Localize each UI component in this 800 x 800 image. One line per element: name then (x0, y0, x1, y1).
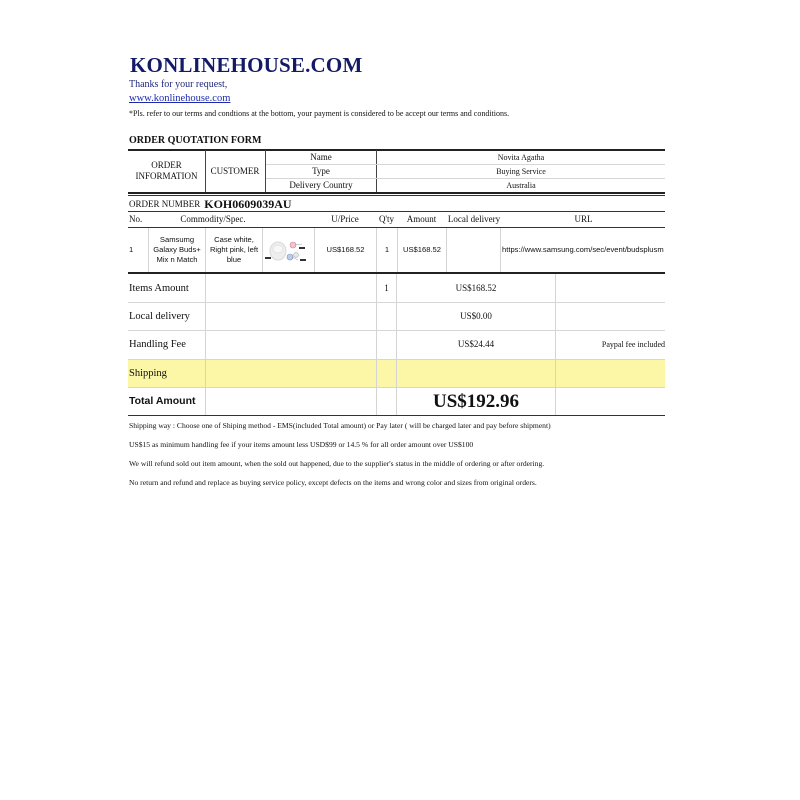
local-delivery-value: US$0.00 (397, 302, 555, 330)
total-amount-label: Total Amount (129, 387, 205, 415)
terms-line: No return and refund and replace as buyi… (129, 478, 537, 487)
local-delivery-label: Local delivery (129, 302, 205, 330)
terms-line: Shipping way : Choose one of Shiping met… (129, 421, 551, 430)
name-label: Name (266, 150, 376, 164)
delivery-country-value: Australia (377, 178, 665, 192)
order-information-label: ORDER INFORMATION (128, 151, 205, 191)
items-amount-value: US$168.52 (397, 274, 555, 302)
item-url-link[interactable]: https://www.samsung.com/sec/event/budspl… (502, 228, 665, 272)
items-amount-qty: 1 (377, 274, 396, 302)
name-value: Novita Agatha (377, 150, 665, 164)
divider (205, 274, 206, 415)
divider (128, 415, 665, 416)
customer-label: CUSTOMER (205, 151, 265, 191)
col-local-delivery: Local delivery (446, 212, 502, 227)
col-qty: Q'ty (376, 212, 397, 227)
handling-fee-note: Paypal fee included (556, 330, 665, 359)
item-amount: US$168.52 (398, 228, 446, 272)
items-amount-label: Items Amount (129, 274, 205, 302)
terms-line: US$15 as minimum handling fee if your it… (129, 440, 473, 449)
earbuds-product-thumbnail-icon (262, 233, 312, 267)
handling-fee-label: Handling Fee (129, 330, 205, 359)
item-qty: 1 (377, 228, 397, 272)
order-number-value: KOH0609039AU (204, 197, 291, 212)
col-no: No. (129, 212, 149, 227)
total-amount-value: US$192.96 (397, 387, 555, 415)
col-url: URL (502, 212, 665, 227)
handling-fee-value: US$24.44 (397, 330, 555, 359)
item-spec: Case white, Right pink, left blue (206, 228, 262, 272)
item-commodity: Samsumg Galaxy Buds+ Mix n Match (149, 228, 205, 272)
terms-line: We will refund sold out item amount, whe… (129, 459, 544, 468)
thanks-text: Thanks for your request, (129, 79, 227, 90)
type-value: Buying Service (377, 164, 665, 178)
form-title: ORDER QUOTATION FORM (129, 135, 261, 146)
col-amount: Amount (397, 212, 446, 227)
delivery-country-label: Delivery Country (266, 178, 376, 192)
divider (500, 228, 501, 273)
order-number-row: ORDER NUMBER KOH0609039AU (129, 197, 292, 211)
website-link[interactable]: www.konlinehouse.com (129, 93, 230, 104)
item-no: 1 (129, 228, 148, 272)
terms-note: *Pls. refer to our terms and condtions a… (129, 109, 509, 118)
col-unit-price: U/Price (314, 212, 376, 227)
shipping-value (397, 359, 555, 387)
order-number-label: ORDER NUMBER (129, 199, 200, 209)
item-local-delivery (447, 228, 500, 272)
brand-title: KONLINEHOUSE.COM (130, 53, 362, 78)
divider (128, 192, 665, 194)
item-unit-price: US$168.52 (315, 228, 376, 272)
col-commodity: Commodity/Spec. (148, 212, 278, 227)
shipping-label: Shipping (129, 359, 205, 387)
type-label: Type (266, 164, 376, 178)
